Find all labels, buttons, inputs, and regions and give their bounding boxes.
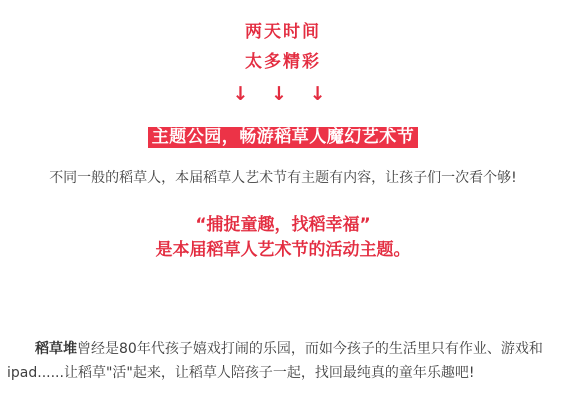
slogan-line-2: 是本届稻草人艺术节的活动主题。 bbox=[0, 241, 566, 259]
paragraph-text: 曾经是80年代孩子嬉戏打闹的乐园，而如今孩子的生活里只有作业、游戏和ipad..… bbox=[7, 341, 543, 381]
lead-text: 不同一般的稻草人，本届稻草人艺术节有主题有内容，让孩子们一次看个够! bbox=[0, 171, 566, 186]
slogan-line-1: “捕捉童趣，找稻幸福” bbox=[0, 216, 566, 234]
body-paragraph: 稻草堆曾经是80年代孩子嬉戏打闹的乐园，而如今孩子的生活里只有作业、游戏和ipa… bbox=[0, 337, 566, 385]
article-page: 两天时间 太多精彩 ↓ ↓ ↓ 主题公园，畅游稻草人魔幻艺术节 不同一般的稻草人… bbox=[0, 0, 580, 396]
intro-line-1: 两天时间 bbox=[0, 24, 566, 41]
section-banner: 主题公园，畅游稻草人魔幻艺术节 bbox=[148, 127, 419, 148]
paragraph-lead-bold: 稻草堆 bbox=[35, 341, 77, 357]
down-arrows-icon: ↓ ↓ ↓ bbox=[0, 84, 566, 104]
intro-block: 两天时间 太多精彩 ↓ ↓ ↓ bbox=[0, 24, 566, 104]
banner-row: 主题公园，畅游稻草人魔幻艺术节 bbox=[0, 127, 566, 148]
intro-line-2: 太多精彩 bbox=[0, 54, 566, 71]
